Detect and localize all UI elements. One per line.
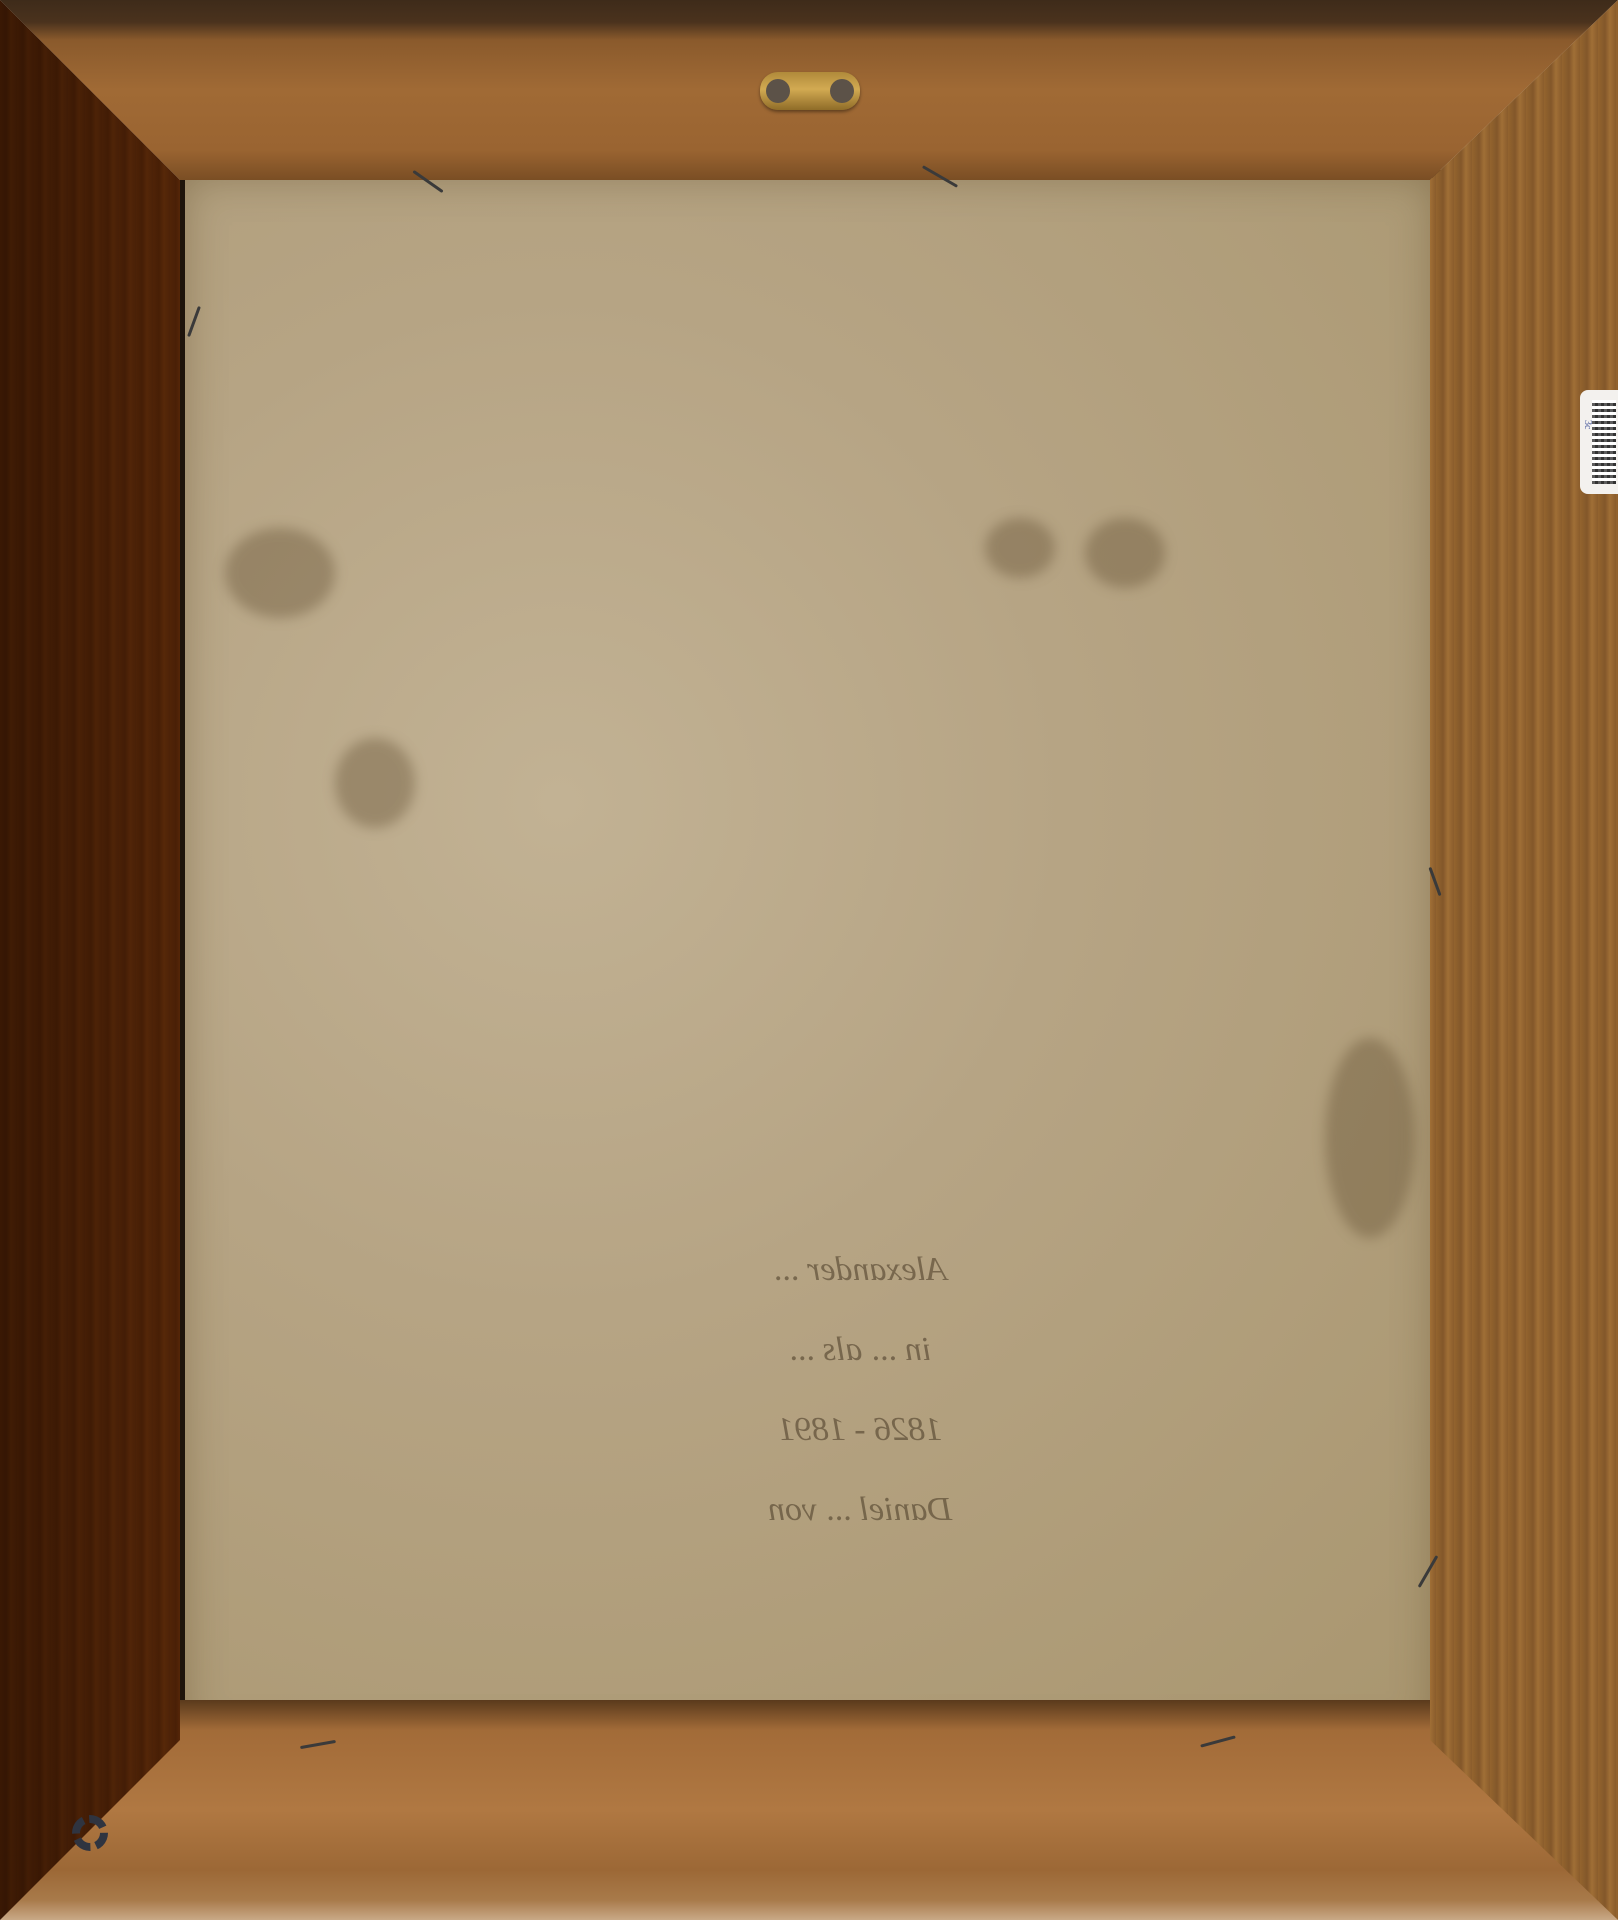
screw-icon [766,79,790,103]
brass-hanger-icon [760,72,860,110]
frame-bottom-rail [0,1700,1618,1920]
inscription-line: in ... als ... [520,1310,1200,1390]
qr-code-icon [1592,400,1616,484]
stain [225,528,335,618]
inscription-line: 1826 - 1891 [520,1390,1200,1470]
stain [1325,1038,1415,1238]
label-handwriting: 3c [1582,420,1593,429]
stain [1085,518,1165,588]
mirrored-inscription: Alexander ... in ... als ... 1826 - 1891… [520,1230,1200,1550]
qr-label: 3c [1580,390,1618,494]
inscription-line: Daniel ... von [520,1470,1200,1550]
stain [985,518,1055,578]
inscription-line: Alexander ... [520,1230,1200,1310]
frame-left-rail [0,0,190,1920]
washer-icon [72,1815,108,1851]
picture-frame-back: Alexander ... in ... als ... 1826 - 1891… [0,0,1618,1920]
stain [335,738,415,828]
screw-icon [830,79,854,103]
frame-right-rail [1418,0,1618,1920]
